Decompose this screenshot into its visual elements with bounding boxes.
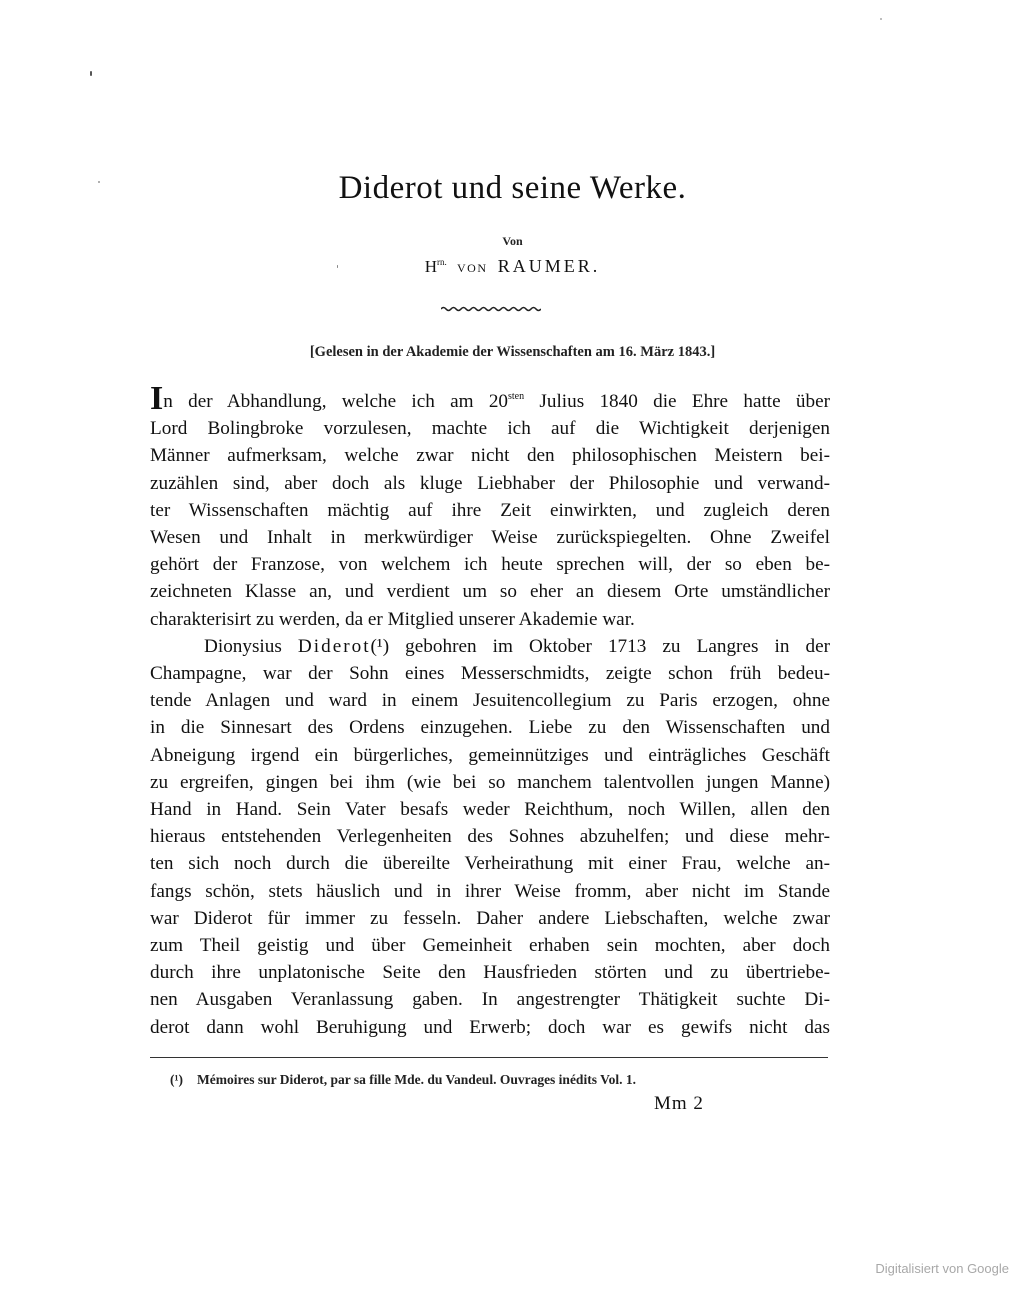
text-line: gehört der Franzose, von welchem ich heu… (150, 551, 830, 578)
footnote-text: Mémoires sur Diderot, par sa fille Mde. … (197, 1072, 636, 1087)
footnote: (¹)Mémoires sur Diderot, par sa fille Md… (170, 1072, 636, 1088)
drop-cap: I (150, 380, 163, 417)
text-line: zum Theil geistig und über Gemeinheit er… (150, 932, 830, 959)
footnote-mark: (¹) (170, 1072, 183, 1087)
text-line: Männer aufmerksam, welche zwar nicht den… (150, 442, 830, 469)
author-name: RAUMER. (498, 256, 601, 276)
text-line: Abneigung irgend ein bürgerliches, gemei… (150, 742, 830, 769)
text-line: fangs schön, stets häuslich und in ihrer… (150, 878, 830, 905)
page-title: Diderot und seine Werke. (0, 170, 1025, 207)
text-line: war Diderot für immer zu fesseln. Daher … (150, 905, 830, 932)
text-line: durch ihre unplatonische Seite den Hausf… (150, 959, 830, 986)
paragraph-2: Dionysius Diderot(¹) gebohren im Oktober… (150, 633, 830, 1041)
text-line: ten sich noch durch die übereilte Verhei… (150, 850, 830, 877)
text-line: zuzählen sind, aber doch als kluge Liebh… (150, 470, 830, 497)
footnote-divider (150, 1057, 828, 1058)
wavy-divider (441, 306, 541, 312)
byline-von: Von (0, 234, 1025, 249)
author-prefix: Hrn. (425, 257, 447, 276)
text-line: ter Wissenschaften mächtig auf ihre Zeit… (150, 497, 830, 524)
text-line: Champagne, war der Sohn eines Messerschm… (150, 660, 830, 687)
signature-mark: Mm 2 (654, 1093, 704, 1115)
text-line: hieraus entstehenden Verlegenheiten des … (150, 823, 830, 850)
text-line: Dionysius Diderot(¹) gebohren im Oktober… (150, 633, 830, 660)
text-line: Wesen und Inhalt in merkwürdiger Weise z… (150, 524, 830, 551)
text-line: zu ergreifen, gingen bei ihm (wie bei so… (150, 769, 830, 796)
text-line: derot dann wohl Beruhigung und Erwerb; d… (150, 1014, 830, 1041)
paragraph-1: In der Abhandlung, welche ich am 20sten … (150, 383, 830, 633)
author-line: Hrn. VON RAUMER. (0, 256, 1025, 277)
text-line: Hand in Hand. Sein Vater besafs weder Re… (150, 796, 830, 823)
scan-speck (880, 18, 882, 20)
text-line: tende Anlagen und ward in einem Jesuiten… (150, 687, 830, 714)
text-line: zeichneten Klasse an, und verdient um so… (150, 578, 830, 605)
reading-note: [Gelesen in der Akademie der Wissenschaf… (0, 344, 1025, 361)
text-line: nen Ausgaben Veranlassung gaben. In ange… (150, 986, 830, 1013)
text-line: in die Sinnesart des Ordens einzugehen. … (150, 714, 830, 741)
scan-speck (90, 71, 92, 76)
google-watermark: Digitalisiert von Google (875, 1261, 1009, 1276)
text-line: In der Abhandlung, welche ich am 20sten … (150, 383, 830, 415)
text-line: charakterisirt zu werden, da er Mitglied… (150, 606, 830, 633)
body-text: In der Abhandlung, welche ich am 20sten … (150, 383, 830, 1041)
author-von: VON (457, 261, 488, 275)
text-line: Lord Bolingbroke vorzulesen, machte ich … (150, 415, 830, 442)
footnote-ref: (¹) (371, 636, 390, 657)
